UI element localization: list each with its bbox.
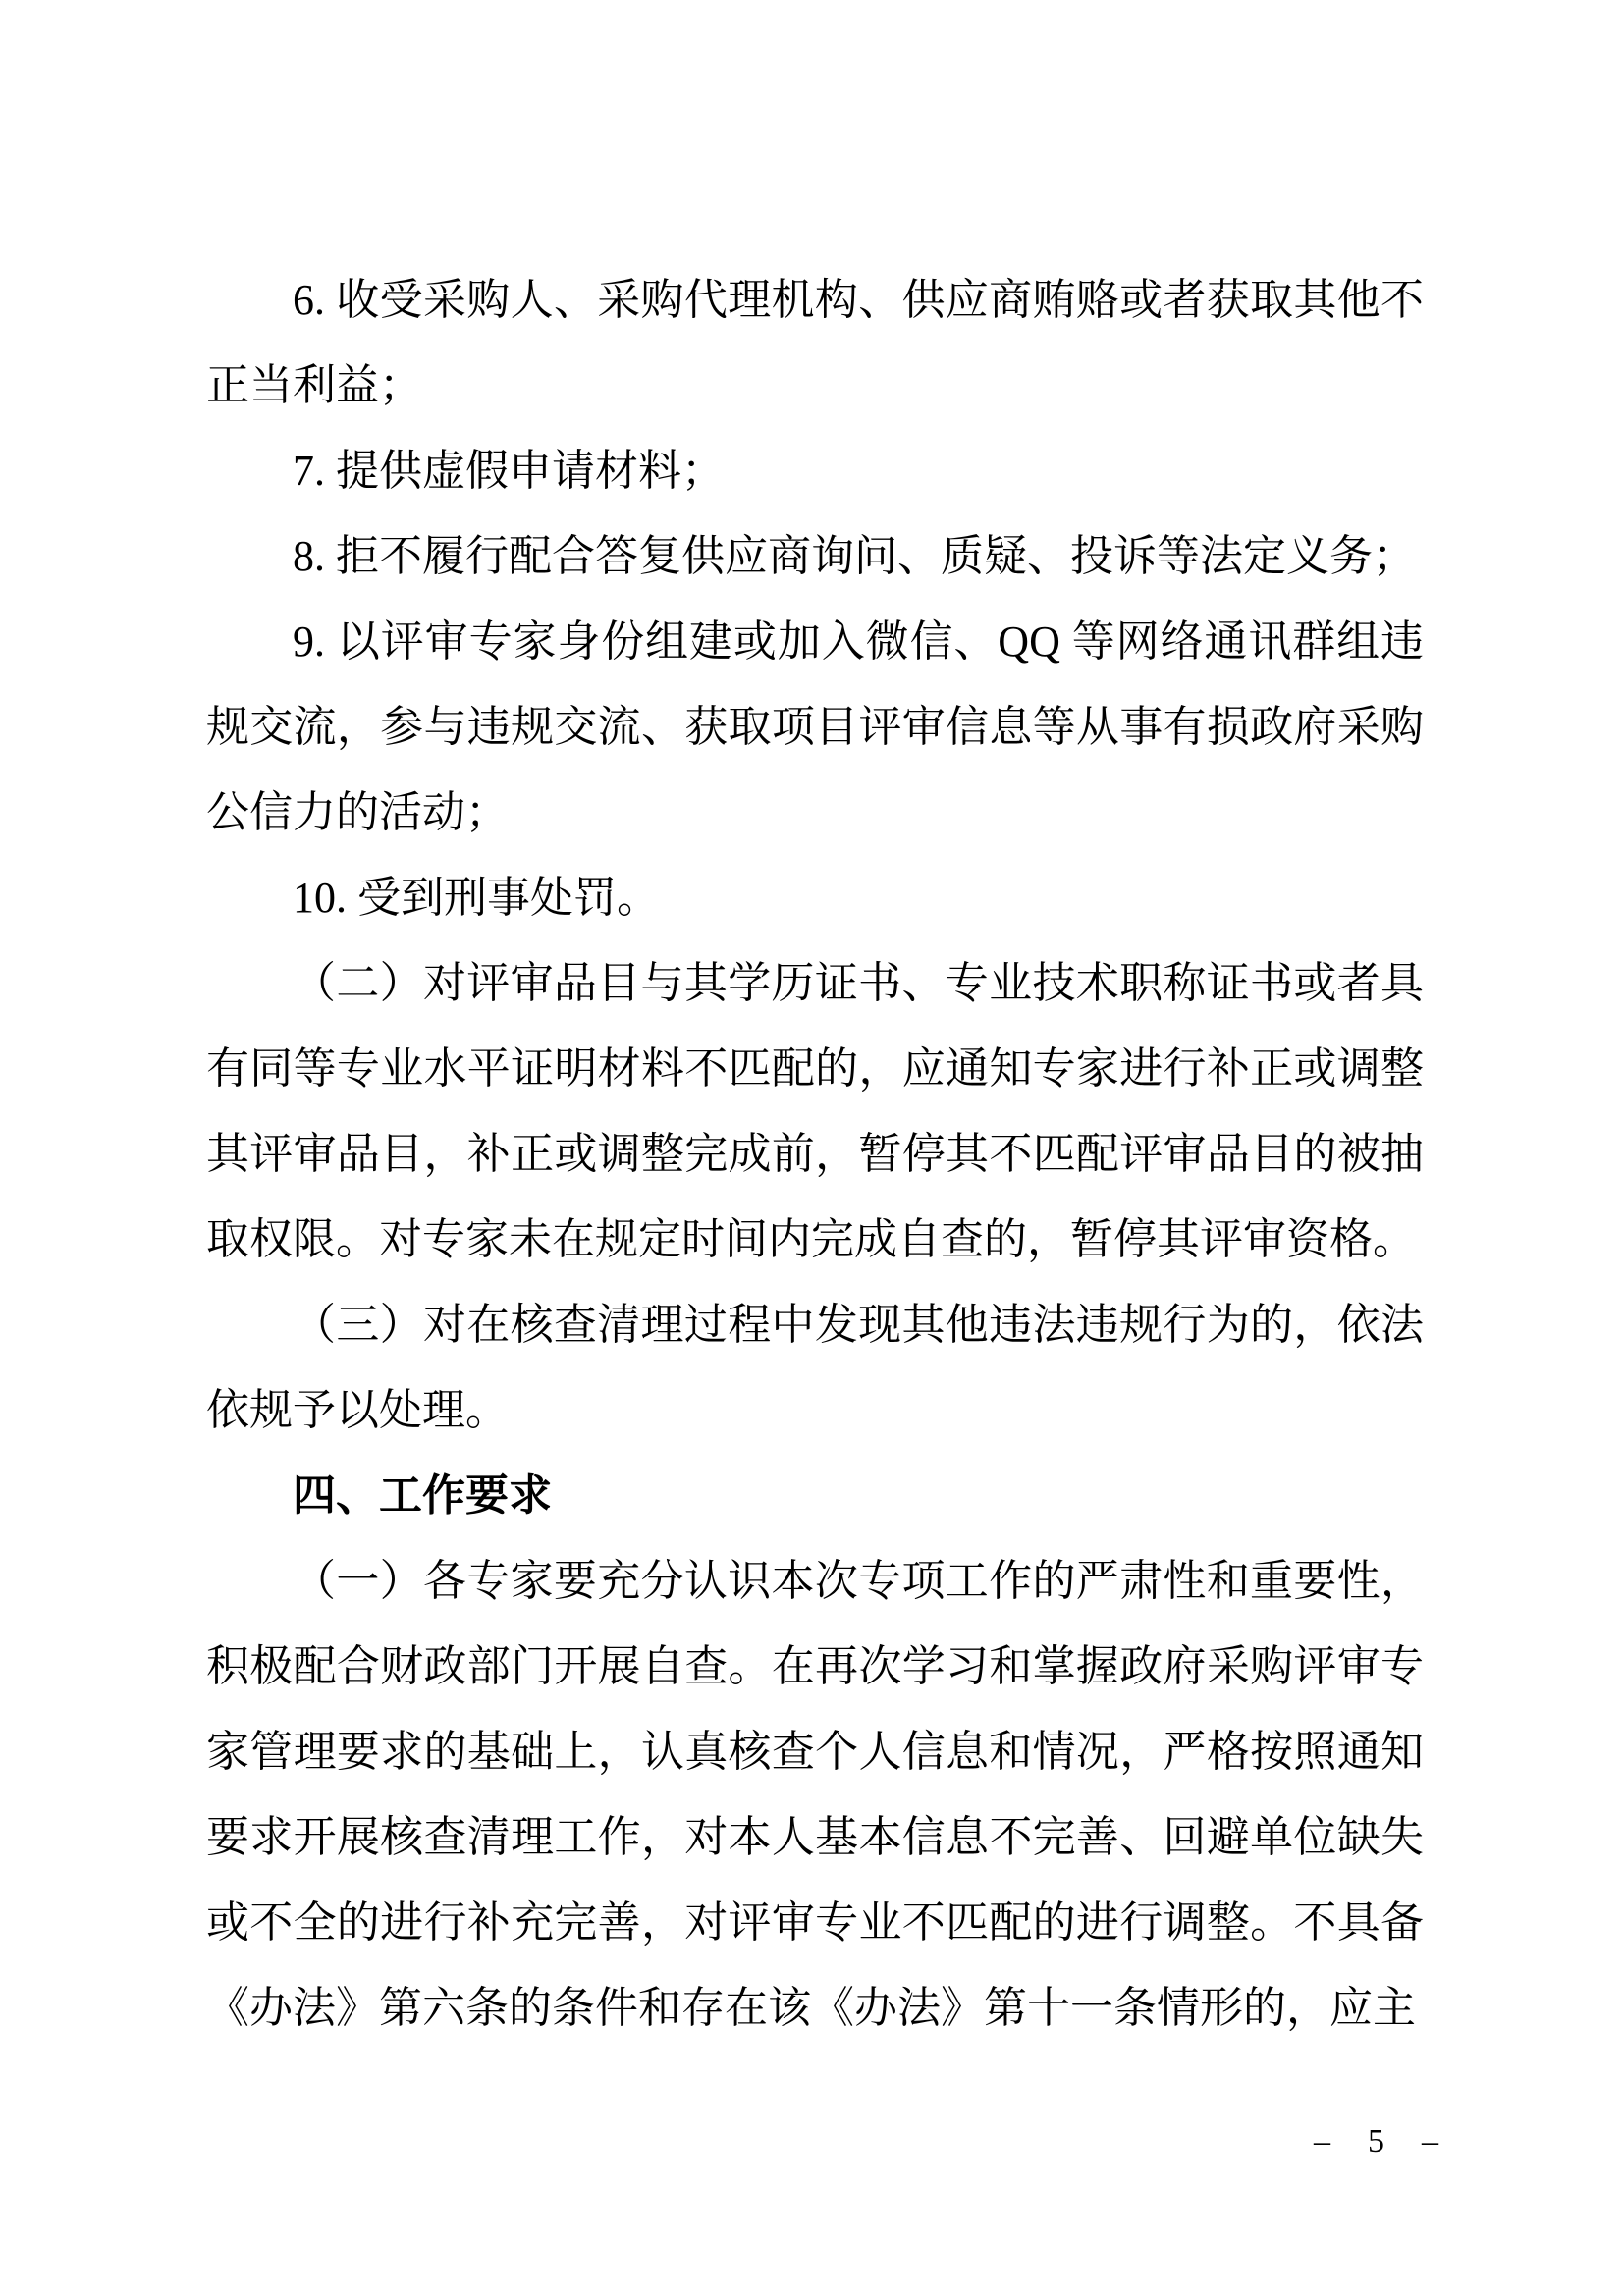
page-number: – 5 – xyxy=(1314,2123,1445,2161)
document-page: 6. 收受采购人、采购代理机构、供应商贿赂或者获取其他不正当利益；7. 提供虚假… xyxy=(0,0,1624,2296)
document-paragraph: 6. 收受采购人、采购代理机构、供应商贿赂或者获取其他不正当利益； xyxy=(206,257,1424,428)
document-body: 6. 收受采购人、采购代理机构、供应商贿赂或者获取其他不正当利益；7. 提供虚假… xyxy=(206,257,1424,2051)
section-heading: 四、工作要求 xyxy=(206,1453,1424,1538)
document-paragraph: 8. 拒不履行配合答复供应商询问、质疑、投诉等法定义务； xyxy=(206,513,1424,599)
document-paragraph: （三）对在核查清理过程中发现其他违法违规行为的，依法依规予以处理。 xyxy=(206,1282,1424,1453)
document-paragraph: 7. 提供虚假申请材料； xyxy=(206,428,1424,513)
document-paragraph: 9. 以评审专家身份组建或加入微信、QQ 等网络通讯群组违规交流，参与违规交流、… xyxy=(206,599,1424,855)
document-paragraph: （二）对评审品目与其学历证书、专业技术职称证书或者具有同等专业水平证明材料不匹配… xyxy=(206,940,1424,1282)
document-paragraph: 10. 受到刑事处罚。 xyxy=(206,855,1424,940)
document-paragraph: （一）各专家要充分认识本次专项工作的严肃性和重要性，积极配合财政部门开展自查。在… xyxy=(206,1538,1424,2051)
